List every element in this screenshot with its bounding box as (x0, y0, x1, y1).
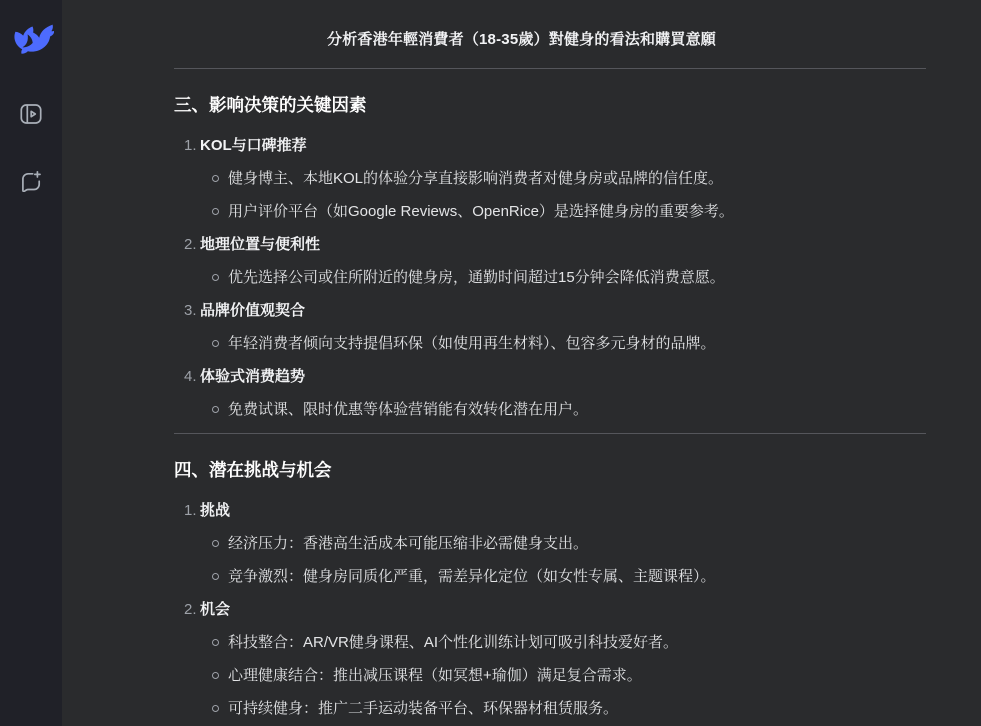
bullet-item: 健身博主、本地KOL的体验分享直接影响消费者对健身房或品牌的信任度。 (174, 167, 926, 190)
list-item-label: 地理位置与便利性 (200, 233, 320, 256)
list-number: 1. (184, 134, 200, 157)
bullet-item: 科技整合：AR/VR健身课程、AI个性化训练计划可吸引科技爱好者。 (174, 631, 926, 654)
bullet-text: 健身博主、本地KOL的体验分享直接影响消费者对健身房或品牌的信任度。 (228, 167, 723, 190)
section-divider (174, 433, 926, 434)
list-item-label: 品牌价值观契合 (200, 299, 305, 322)
sidebar-toggle-icon[interactable] (20, 103, 42, 125)
bullet-text: 可持续健身：推广二手运动装备平台、环保器材租赁服务。 (228, 697, 618, 720)
bullet-text: 优先选择公司或住所附近的健身房，通勤时间超过15分钟会降低消费意愿。 (228, 266, 725, 289)
bullet-text: 竞争激烈：健身房同质化严重，需差异化定位（如女性专属、主题课程）。 (228, 565, 716, 588)
bullet-text: 免费试课、限时优惠等体验营销能有效转化潜在用户。 (228, 398, 588, 421)
bullet-circle-icon (212, 274, 219, 281)
section-divider (174, 68, 926, 69)
list-number: 2. (184, 598, 200, 621)
bullet-circle-icon (212, 672, 219, 679)
list-number: 2. (184, 233, 200, 256)
bullet-text: 经济压力：香港高生活成本可能压缩非必需健身支出。 (228, 532, 588, 555)
assistant-message: 三、影响决策的关键因素 1. KOL与口碑推荐 健身博主、本地KOL的体验分享直… (174, 68, 926, 720)
ordered-list: 1. KOL与口碑推荐 健身博主、本地KOL的体验分享直接影响消费者对健身房或品… (174, 134, 926, 421)
bullet-text: 用户评价平台（如Google Reviews、OpenRice）是选择健身房的重… (228, 200, 734, 223)
deepseek-whale-logo[interactable] (8, 22, 54, 56)
list-item-label: 挑战 (200, 499, 230, 522)
bullet-text: 年轻消费者倾向支持提倡环保（如使用再生材料）、包容多元身材的品牌。 (228, 332, 716, 355)
bullet-item: 经济压力：香港高生活成本可能压缩非必需健身支出。 (174, 532, 926, 555)
bullet-circle-icon (212, 705, 219, 712)
bullet-item: 年轻消费者倾向支持提倡环保（如使用再生材料）、包容多元身材的品牌。 (174, 332, 926, 355)
bullet-text: 心理健康结合：推出减压课程（如冥想+瑜伽）满足复合需求。 (228, 664, 642, 687)
list-item: 2. 地理位置与便利性 (174, 233, 926, 256)
list-item: 1. KOL与口碑推荐 (174, 134, 926, 157)
list-item-label: 机会 (200, 598, 230, 621)
bullet-circle-icon (212, 208, 219, 215)
new-chat-icon[interactable] (20, 170, 42, 192)
list-number: 1. (184, 499, 200, 522)
bullet-item: 可持续健身：推广二手运动装备平台、环保器材租赁服务。 (174, 697, 926, 720)
list-item: 1. 挑战 (174, 499, 926, 522)
ordered-list: 1. 挑战 经济压力：香港高生活成本可能压缩非必需健身支出。 竞争激烈：健身房同… (174, 499, 926, 720)
bullet-item: 用户评价平台（如Google Reviews、OpenRice）是选择健身房的重… (174, 200, 926, 223)
bullet-circle-icon (212, 639, 219, 646)
list-number: 3. (184, 299, 200, 322)
list-item: 3. 品牌价值观契合 (174, 299, 926, 322)
bullet-circle-icon (212, 406, 219, 413)
bullet-item: 心理健康结合：推出减压课程（如冥想+瑜伽）满足复合需求。 (174, 664, 926, 687)
chat-main: 分析香港年輕消費者（18-35歲）對健身的看法和購買意願 三、影响决策的关键因素… (62, 0, 981, 726)
chat-title: 分析香港年輕消費者（18-35歲）對健身的看法和購買意願 (62, 30, 981, 50)
bullet-circle-icon (212, 340, 219, 347)
bullet-item: 免费试课、限时优惠等体验营销能有效转化潜在用户。 (174, 398, 926, 421)
bullet-circle-icon (212, 175, 219, 182)
sidebar (0, 0, 62, 726)
list-item-label: KOL与口碑推荐 (200, 134, 307, 157)
list-item: 2. 机会 (174, 598, 926, 621)
bullet-circle-icon (212, 540, 219, 547)
app-window: 分析香港年輕消費者（18-35歲）對健身的看法和購買意願 三、影响决策的关键因素… (0, 0, 981, 726)
list-item-label: 体验式消费趋势 (200, 365, 305, 388)
bullet-item: 竞争激烈：健身房同质化严重，需差异化定位（如女性专属、主题课程）。 (174, 565, 926, 588)
section-heading: 四、潜在挑战与机会 (174, 457, 926, 483)
bullet-item: 优先选择公司或住所附近的健身房，通勤时间超过15分钟会降低消费意愿。 (174, 266, 926, 289)
section-heading: 三、影响决策的关键因素 (174, 92, 926, 118)
bullet-circle-icon (212, 573, 219, 580)
bullet-text: 科技整合：AR/VR健身课程、AI个性化训练计划可吸引科技爱好者。 (228, 631, 678, 654)
list-number: 4. (184, 365, 200, 388)
list-item: 4. 体验式消费趋势 (174, 365, 926, 388)
